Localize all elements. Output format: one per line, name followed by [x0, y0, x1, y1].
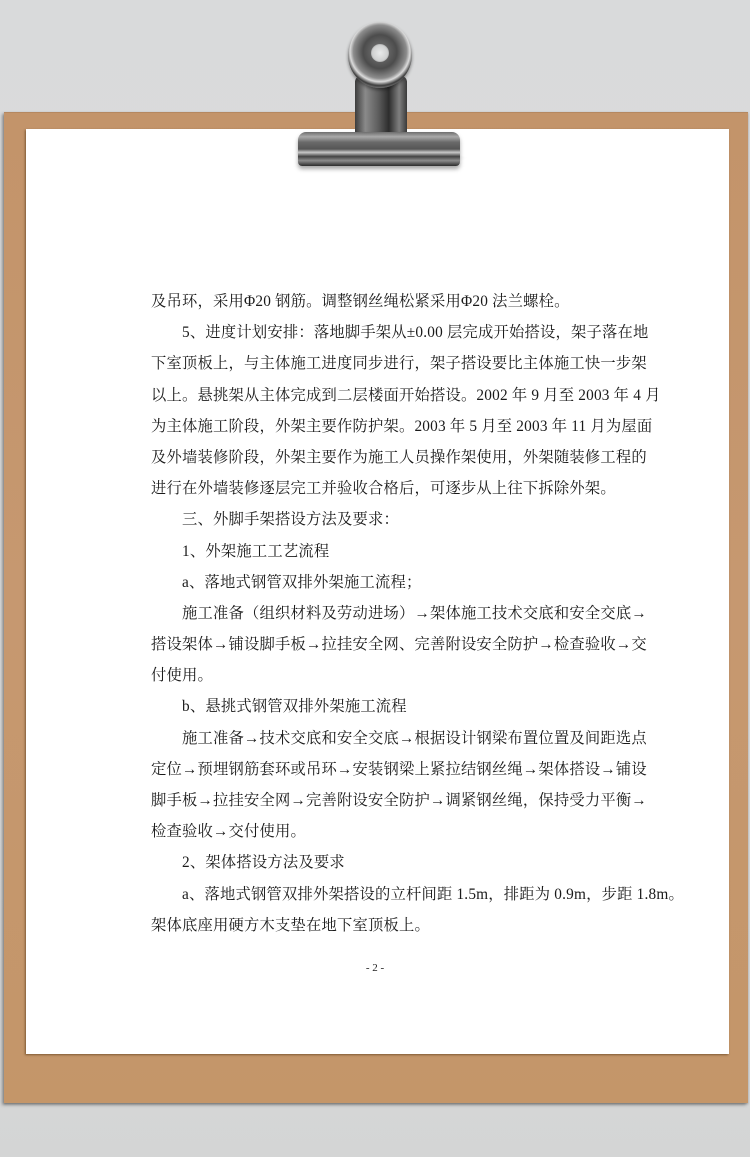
paragraph-line: 架体底座用硬方木支垫在地下室顶板上。	[151, 910, 611, 941]
paragraph-line: 为主体施工阶段，外架主要作防护架。2003 年 5 月至 2003 年 11 月…	[151, 411, 611, 442]
clip-base	[298, 132, 460, 166]
paragraph-line: 以上。悬挑架从主体完成到二层楼面开始搭设。2002 年 9 月至 2003 年 …	[151, 380, 611, 411]
paragraph-line: 施工准备→技术交底和安全交底→根据设计钢梁布置位置及间距选点	[151, 723, 611, 754]
paragraph-line: 下室顶板上，与主体施工进度同步进行，架子搭设要比主体施工快一步架	[151, 348, 611, 379]
paragraph-line: 付使用。	[151, 660, 611, 691]
section-heading: 三、外脚手架搭设方法及要求：	[151, 504, 611, 535]
item-heading: b、悬挑式钢管双排外架施工流程	[151, 691, 611, 722]
subsection-heading: 2、架体搭设方法及要求	[151, 847, 611, 878]
paragraph-line: a、落地式钢管双排外架搭设的立杆间距 1.5m，排距为 0.9m，步距 1.8m…	[151, 879, 611, 910]
page-number: - 2 -	[0, 962, 750, 974]
paragraph-line: 5、进度计划安排：落地脚手架从±0.00 层完成开始搭设，架子落在地	[151, 317, 611, 348]
paragraph-line: 脚手板→拉挂安全网→完善附设安全防护→调紧钢丝绳，保持受力平衡→	[151, 785, 611, 816]
paragraph-line: 进行在外墙装修逐层完工并验收合格后，可逐步从上往下拆除外架。	[151, 473, 611, 504]
item-heading: a、落地式钢管双排外架施工流程；	[151, 567, 611, 598]
document-body: 及吊环，采用Φ20 钢筋。调整钢丝绳松紧采用Φ20 法兰螺栓。 5、进度计划安排…	[151, 286, 611, 941]
paragraph-line: 及吊环，采用Φ20 钢筋。调整钢丝绳松紧采用Φ20 法兰螺栓。	[151, 286, 611, 317]
clip-hole	[371, 44, 389, 62]
paragraph-line: 检查验收→交付使用。	[151, 816, 611, 847]
binder-clip-icon	[290, 22, 470, 172]
subsection-heading: 1、外架施工工艺流程	[151, 536, 611, 567]
paragraph-line: 施工准备（组织材料及劳动进场）→架体施工技术交底和安全交底→	[151, 598, 611, 629]
paragraph-line: 搭设架体→铺设脚手板→拉挂安全网、完善附设安全防护→检查验收→交	[151, 629, 611, 660]
paragraph-line: 及外墙装修阶段，外架主要作为施工人员操作架使用，外架随装修工程的	[151, 442, 611, 473]
paragraph-line: 定位→预埋钢筋套环或吊环→安装钢梁上紧拉结钢丝绳→架体搭设→铺设	[151, 754, 611, 785]
